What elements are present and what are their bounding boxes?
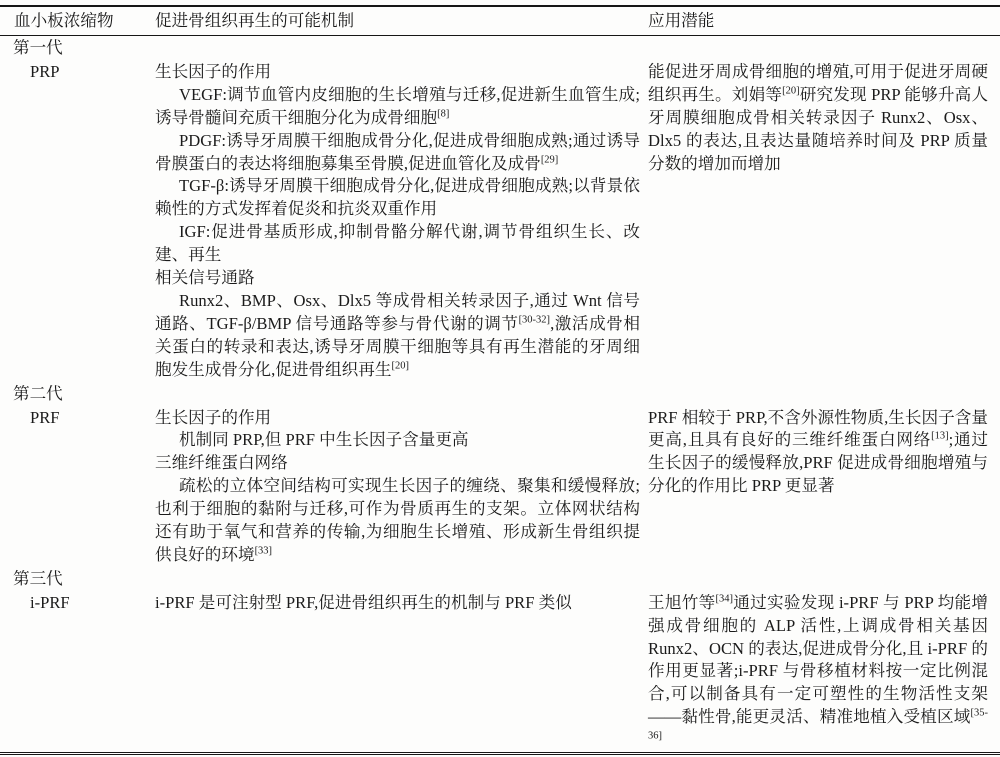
application-cell: 能促进牙周成骨细胞的增殖,可用于促进牙周硬组织再生。刘娟等[20]研究发现 PR…: [648, 61, 1000, 382]
column-header-platelet-concentrate: 血小板浓缩物: [0, 10, 155, 31]
table-row: PRF生长因子的作用机制同 PRP,但 PRF 中生长因子含量更高三维纤维蛋白网…: [0, 407, 1000, 567]
mechanism-paragraph: 三维纤维蛋白网络: [155, 452, 640, 475]
generation-row: 第二代: [0, 382, 1000, 407]
reference-superscript: [8]: [437, 108, 449, 119]
mechanism-cell: 生长因子的作用机制同 PRP,但 PRF 中生长因子含量更高三维纤维蛋白网络疏松…: [155, 407, 648, 567]
reference-superscript: [20]: [782, 85, 800, 96]
mechanism-paragraph: PDGF:诱导牙周膜干细胞成骨分化,促进成骨细胞成熟;通过诱导骨膜蛋白的表达将细…: [155, 130, 640, 176]
application-paragraph: 能促进牙周成骨细胞的增殖,可用于促进牙周硬组织再生。刘娟等[20]研究发现 PR…: [648, 61, 988, 176]
product-name-cell: i-PRF: [0, 592, 155, 752]
mechanism-paragraph: i-PRF 是可注射型 PRF,促进骨组织再生的机制与 PRF 类似: [155, 592, 640, 615]
mechanism-paragraph: 机制同 PRP,但 PRF 中生长因子含量更高: [155, 429, 640, 452]
paper-table-figure: 血小板浓缩物 促进骨组织再生的可能机制 应用潜能 第一代PRP生长因子的作用VE…: [0, 5, 1000, 755]
reference-superscript: [30-32]: [519, 314, 551, 325]
product-name-cell: PRP: [0, 61, 155, 382]
application-cell: 王旭竹等[34]通过实验发现 i-PRF 与 PRP 均能增强成骨细胞的 ALP…: [648, 592, 1000, 752]
mechanism-paragraph: IGF:促进骨基质形成,抑制骨骼分解代谢,调节骨组织生长、改建、再生: [155, 221, 640, 267]
reference-superscript: [33]: [255, 545, 273, 556]
mechanism-paragraph: VEGF:调节血管内皮细胞的生长增殖与迁移,促进新生血管生成;诱导骨髓间充质干细…: [155, 84, 640, 130]
reference-superscript: [35-36]: [648, 708, 988, 742]
mechanism-cell: i-PRF 是可注射型 PRF,促进骨组织再生的机制与 PRF 类似: [155, 592, 648, 752]
mechanism-paragraph: TGF-β:诱导牙周膜干细胞成骨分化,促进成骨细胞成熟;以背景依赖性的方式发挥着…: [155, 175, 640, 221]
mechanism-paragraph: 生长因子的作用: [155, 407, 640, 430]
reference-superscript: [29]: [541, 154, 559, 165]
table-body: 第一代PRP生长因子的作用VEGF:调节血管内皮细胞的生长增殖与迁移,促进新生血…: [0, 36, 1000, 752]
table-row: i-PRFi-PRF 是可注射型 PRF,促进骨组织再生的机制与 PRF 类似王…: [0, 592, 1000, 752]
mechanism-paragraph: 相关信号通路: [155, 267, 640, 290]
mechanism-paragraph: 生长因子的作用: [155, 61, 640, 84]
table-header-row: 血小板浓缩物 促进骨组织再生的可能机制 应用潜能: [0, 7, 1000, 36]
reference-superscript: [13]: [931, 431, 949, 442]
application-paragraph: PRF 相较于 PRP,不含外源性物质,生长因子含量更高,且具有良好的三维纤维蛋…: [648, 407, 988, 499]
reference-superscript: [20]: [391, 360, 409, 371]
mechanism-paragraph: Runx2、BMP、Osx、Dlx5 等成骨相关转录因子,通过 Wnt 信号通路…: [155, 290, 640, 382]
three-line-table: 血小板浓缩物 促进骨组织再生的可能机制 应用潜能 第一代PRP生长因子的作用VE…: [0, 5, 1000, 755]
column-header-application: 应用潜能: [648, 10, 1000, 31]
product-name-cell: PRF: [0, 407, 155, 567]
table-row: PRP生长因子的作用VEGF:调节血管内皮细胞的生长增殖与迁移,促进新生血管生成…: [0, 61, 1000, 382]
generation-row: 第三代: [0, 567, 1000, 592]
mechanism-cell: 生长因子的作用VEGF:调节血管内皮细胞的生长增殖与迁移,促进新生血管生成;诱导…: [155, 61, 648, 382]
application-cell: PRF 相较于 PRP,不含外源性物质,生长因子含量更高,且具有良好的三维纤维蛋…: [648, 407, 1000, 567]
generation-row: 第一代: [0, 36, 1000, 61]
column-header-mechanism: 促进骨组织再生的可能机制: [155, 10, 648, 31]
mechanism-paragraph: 疏松的立体空间结构可实现生长因子的缠绕、聚集和缓慢释放;也利于细胞的黏附与迁移,…: [155, 475, 640, 567]
reference-superscript: [34]: [716, 593, 734, 604]
application-paragraph: 王旭竹等[34]通过实验发现 i-PRF 与 PRP 均能增强成骨细胞的 ALP…: [648, 592, 988, 752]
